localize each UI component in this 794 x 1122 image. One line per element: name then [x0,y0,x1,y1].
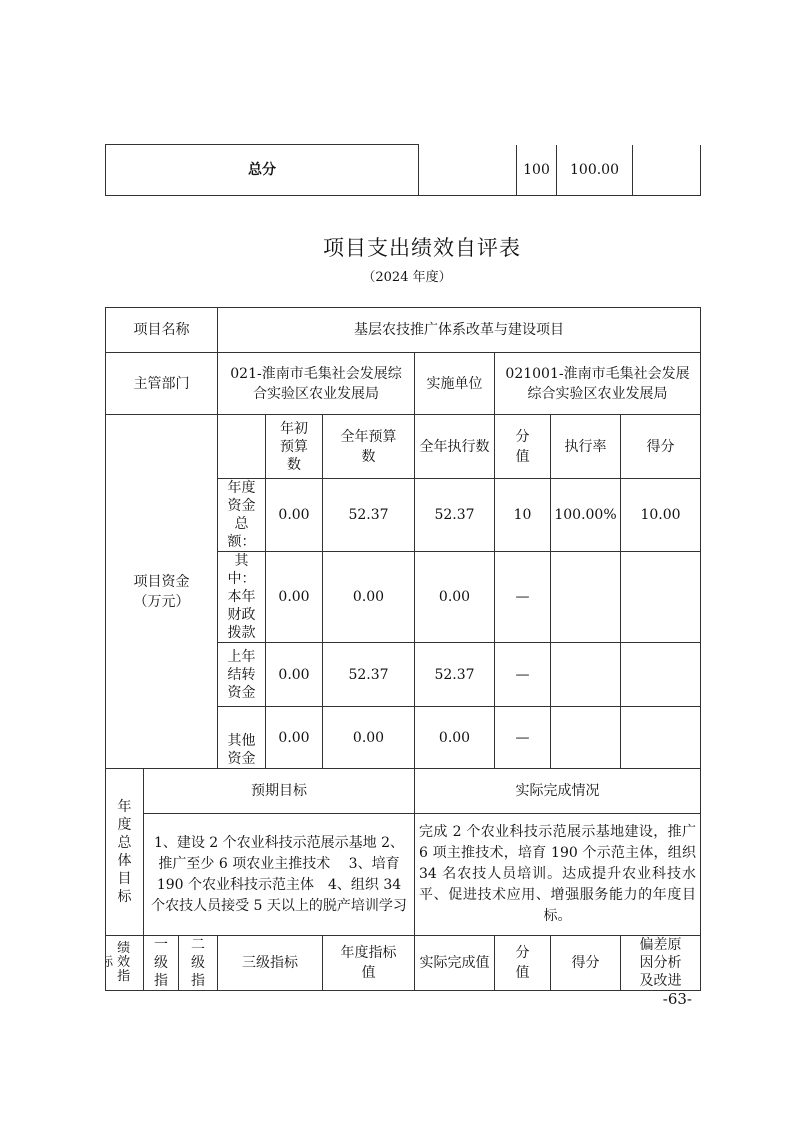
indicators-header-row: 标 绩效指 一级指 二级指 三级指标 年度指标值 实际完成值 分值 得分 偏差原… [106,936,701,991]
funds-cell-score [621,552,701,643]
indicators-header-target: 年度指标值 [323,936,415,991]
funds-row-label: 其中：本年财政拨款 [218,552,266,643]
funds-cell-weight: 10 [495,479,551,552]
funds-cell-score [621,643,701,707]
page-title: 项目支出绩效自评表 [0,232,794,262]
indicators-header-target-text: 年度指标值 [337,943,401,983]
indicators-section-label-b: 绩效指 [117,942,131,984]
funds-section-label: 项目资金（万元） [106,415,218,769]
funds-cell-annual: 0.00 [323,707,415,769]
evaluation-table: 项目名称 基层农技推广体系改革与建设项目 主管部门 021-淮南市毛集社会发展综… [105,307,701,991]
unit-label: 实施单位 [415,353,495,415]
dept-label: 主管部门 [106,353,218,415]
funds-cell-rate [551,643,621,707]
funds-cell-weight: — [495,643,551,707]
funds-row-label: 上年结转资金 [218,643,266,707]
indicators-header-level2-text: 二级指 [190,936,206,990]
indicators-header-level2: 二级指 [179,936,218,991]
funds-cell-initial: 0.00 [266,479,323,552]
total-score-remark [633,145,701,196]
funds-cell-initial: 0.00 [266,643,323,707]
funds-header-annual-text: 全年预算数 [337,427,401,467]
funds-cell-rate: 100.00% [551,479,621,552]
funds-section-label-text: 项目资金（万元） [127,572,197,612]
indicators-header-weight-text: 分值 [515,943,531,983]
goal-section-label-text: 年度总体目标 [117,798,133,906]
funds-header-row: 项目资金（万元） 年初预算数 全年预算数 全年执行数 分值 执行率 得分 [106,415,701,479]
total-full-score: 100 [517,145,557,196]
funds-header-initial-text: 年初预算数 [279,420,309,474]
funds-cell-weight: — [495,552,551,643]
goal-header-row: 年度总体目标 预期目标 实际完成情况 [106,769,701,814]
funds-header-weight-text: 分值 [515,427,531,467]
funds-cell-executed: 52.37 [415,479,495,552]
funds-header-rate: 执行率 [551,415,621,479]
indicators-header-level1-text: 一级指 [153,936,169,990]
funds-cell-initial: 0.00 [266,707,323,769]
total-score-label: 总分 [106,145,419,196]
funds-cell-initial: 0.00 [266,552,323,643]
funds-row-label: 年度资金总额： [218,479,266,552]
page-number: -63- [663,990,692,1008]
goal-actual-text: 完成 2 个农业科技示范展示基地建设，推广 6 项主推技术，培育 190 个示范… [415,814,701,936]
indicators-header-deviation-text: 偏差原因分析及改进 [636,936,686,990]
funds-header-blank [218,415,266,479]
funds-cell-executed: 0.00 [415,552,495,643]
indicators-header-score: 得分 [551,936,621,991]
summary-table: 总分 100 100.00 [105,144,701,196]
funds-cell-annual: 0.00 [323,552,415,643]
project-name-row: 项目名称 基层农技推广体系改革与建设项目 [106,308,701,353]
funds-header-score: 得分 [621,415,701,479]
indicators-header-deviation: 偏差原因分析及改进 [621,936,701,991]
indicators-header-level1: 一级指 [144,936,179,991]
funds-row-label-text: 其他资金 [226,732,258,768]
total-score-blank [419,145,517,196]
funds-header-annual: 全年预算数 [323,415,415,479]
indicators-section-label-a: 标 [106,956,114,970]
goal-expected-header: 预期目标 [144,769,415,814]
goal-content-row: 1、建设 2 个农业科技示范展示基地 2、推广至少 6 项农业主推技术 3、培育… [106,814,701,936]
funds-header-initial: 年初预算数 [266,415,323,479]
dept-value: 021-淮南市毛集社会发展综合实验区农业发展局 [218,353,415,415]
indicators-header-actual: 实际完成值 [415,936,495,991]
indicators-header-level3: 三级指标 [218,936,323,991]
funds-cell-annual: 52.37 [323,643,415,707]
total-score-value: 100.00 [557,145,633,196]
funds-cell-score: 10.00 [621,479,701,552]
funds-header-executed: 全年执行数 [415,415,495,479]
funds-cell-weight: — [495,707,551,769]
funds-cell-rate [551,552,621,643]
goal-expected-text: 1、建设 2 个农业科技示范展示基地 2、推广至少 6 项农业主推技术 3、培育… [144,814,415,936]
goal-section-label: 年度总体目标 [106,769,144,936]
dept-row: 主管部门 021-淮南市毛集社会发展综合实验区农业发展局 实施单位 021001… [106,353,701,415]
page-subtitle: （2024 年度） [0,266,794,285]
project-name-label: 项目名称 [106,308,218,353]
funds-cell-annual: 52.37 [323,479,415,552]
goal-actual-header: 实际完成情况 [415,769,701,814]
funds-cell-executed: 52.37 [415,643,495,707]
funds-row-label-text: 其中：本年财政拨款 [226,552,258,642]
funds-header-weight: 分值 [495,415,551,479]
funds-row-label-text: 上年结转资金 [226,648,258,702]
funds-cell-rate [551,707,621,769]
indicators-section-label: 标 绩效指 [106,936,144,991]
funds-cell-executed: 0.00 [415,707,495,769]
project-name-value: 基层农技推广体系改革与建设项目 [218,308,701,353]
unit-value: 021001-淮南市毛集社会发展综合实验区农业发展局 [495,353,701,415]
indicators-header-weight: 分值 [495,936,551,991]
funds-row-label: 其他资金 [218,707,266,769]
funds-row-label-text: 年度资金总额： [226,479,258,551]
funds-cell-score [621,707,701,769]
